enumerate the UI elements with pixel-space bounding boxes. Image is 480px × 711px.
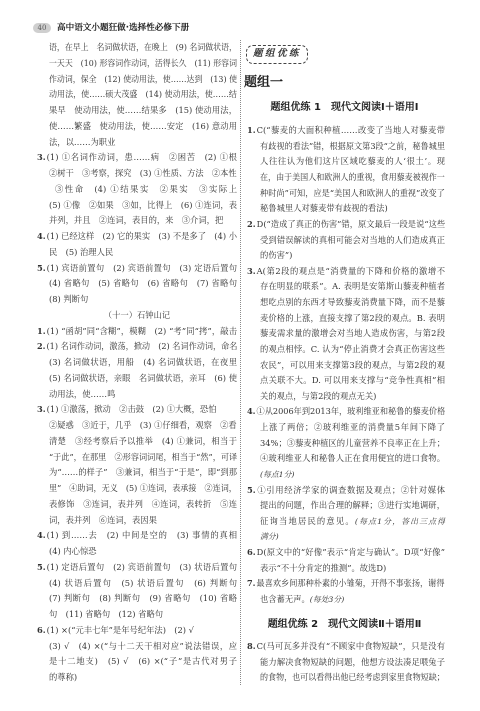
answer-item: 6.(1) ×(“元丰七年”是年号纪年法) (2) √ (3) √ (4) ×(… xyxy=(37,623,237,686)
answer-line: 动用法，使……硕大茂盛 (14) 使动用法，使……结 xyxy=(49,87,231,103)
answer-line: (4) 内心惊恐 xyxy=(49,544,237,560)
answer-item: 2.D(“造成了真正的伤害”错，原文最后一段是说“这些 受到错误解读的真相可能会… xyxy=(247,217,445,264)
answer-item: 4.(1) 已经这样 (2) 它的果实 (3) 不是多了 (4) 小 民 (5)… xyxy=(37,229,237,261)
answer-line: 有歧视的看法”错，根据原文第3段“之前，秘鲁城里 xyxy=(260,139,442,155)
right-column-exercise-1: 1.C(“藜麦的大面积种植……改变了当地人对藜麦带 有歧视的看法”错，根据原文第… xyxy=(247,123,445,607)
answer-line: 表示“不十分肯定的推测”。故选D) xyxy=(260,561,445,577)
answer-line: 6.(1) ×(“元丰七年”是年号纪年法) (2) √ xyxy=(37,623,237,639)
question-number: 8. xyxy=(247,641,257,651)
answer-text: (1) 到……去 (2) 中间是空的 (3) 事情的真相 xyxy=(47,530,237,540)
answer-line: 为“……的样子” ③兼词，相当于“于是”，即“到那 xyxy=(49,465,237,481)
answer-line: 农民”，可以用来支撑第3段的观点，与第2段的观 xyxy=(260,358,445,374)
answer-line: ②疑惑 ③近于，几乎 (3) ①仔细看，观察 ②看 xyxy=(49,418,236,434)
answer-item: 8.C(马可瓦多并没有“不顾家中食物短缺”，只是没有 能力解决食物短缺的问题，他… xyxy=(247,639,445,686)
answer-line: 2.D(“造成了真正的伤害”错，原文最后一段是说“这些 xyxy=(247,217,445,233)
answer-line: 秘鲁城里人对藜麦带有歧视的看法) xyxy=(260,201,445,217)
question-number: 5. xyxy=(37,562,47,572)
answer-text: C(马可瓦多并没有“不顾家中食物短缺”，只是没有 xyxy=(257,641,445,651)
answer-line: 7.最喜欢乡间那种朴素的小雏菊，开得不事张扬，谢得 xyxy=(247,576,442,592)
question-number: 4. xyxy=(247,406,257,416)
answer-item: 3.A(第2段的观点是“消费量的下降和价格的激增不 存在明显的联系”。A. 表明… xyxy=(247,264,445,405)
answer-text: A(第2段的观点是“消费量的下降和价格的激增不 xyxy=(257,266,445,276)
question-number: 2. xyxy=(247,219,257,229)
answer-line: 是十二地支) (5) √ (6) ×(“子”是古代对男子 xyxy=(49,654,237,670)
score-note: (每点1分) xyxy=(260,467,445,483)
answer-line: 点关联不大。D. 可以用来支撑与“竞争性真相”相 xyxy=(260,373,445,389)
answer-item: 3.(1) ①激荡，掀动 ②击鼓 (2) ①大概，恐怕 ②疑惑 ③近于，几乎 (… xyxy=(37,402,237,528)
answer-item: 1.C(“藜麦的大面积种植……改变了当地人对藜麦带 有歧视的看法”错，根据原文第… xyxy=(247,123,445,217)
answer-text: 最喜欢乡间那种朴素的小雏菊，开得不事张扬，谢得 xyxy=(257,578,445,588)
answer-line: 的尊称) xyxy=(49,670,237,686)
answer-line: 上涨了两倍；②玻利维亚的消费量5年间下降了 xyxy=(260,420,445,436)
answer-line: 作动词，保全 (12) 使动用法，使……达到 (13) 使 xyxy=(49,72,228,88)
question-number: 3. xyxy=(37,152,47,162)
answer-line: 提出的问题，作出合理的解释；③进行实地调研， xyxy=(260,498,445,514)
right-column-exercise-2: 8.C(马可瓦多并没有“不顾家中食物短缺”，只是没有 能力解决食物短缺的问题，他… xyxy=(247,639,445,686)
answer-item: 7.最喜欢乡间那种朴素的小雏菊，开得不事张扬，谢得 也含蓄无声。(每处3分) xyxy=(247,576,445,607)
answer-line: (3) 名词做状语，用船 (4) 名词做状语，在夜里 xyxy=(49,355,237,371)
answer-line: 5.(1) 定语后置句 (2) 宾语前置句 (3) 状语后置句 xyxy=(37,560,237,576)
page-number-badge: 40 xyxy=(33,23,51,33)
answer-line: 一天天 (10) 形容词作动词，活得长久 (11) 形容词 xyxy=(49,56,228,72)
answer-item: 3.(1) ①名词作动词，患……病 ②困苦 (2) ①根 ②树干 ③考察，探究 … xyxy=(37,150,237,229)
answer-line: (4) 状语后置句 (5) 状语后置句 (6) 判断句 xyxy=(49,576,237,592)
answer-item: 2.(1) 名词作动词，激荡，掀动 (2) 名词作动词，命名 (3) 名词做状语… xyxy=(37,339,237,402)
answer-line: (7) 判断句 (8) 判断句 (9) 省略句 (10) 省略 xyxy=(49,591,237,607)
question-number: 7. xyxy=(247,578,257,588)
answer-line: 5.(1) 宾语前置句 (2) 宾语前置句 (3) 定语后置句 xyxy=(37,261,237,277)
answer-text: D(“造成了真正的伤害”错，原文最后一段是说“这些 xyxy=(257,219,446,229)
left-column: 语，在早上 名词做状语，在晚上 (9) 名词做状语， 一天天 (10) 形容词作… xyxy=(37,40,237,686)
answer-line: 8.C(马可瓦多并没有“不顾家中食物短缺”，只是没有 xyxy=(247,639,445,655)
answer-line: 在，由于美国人和欧洲人的重视，食用藜麦被视作一 xyxy=(260,170,439,186)
question-number: 3. xyxy=(247,266,257,276)
answer-line: (5) ①像 ②如果 ③如，比得上 (6) ①连词，表 xyxy=(49,198,237,214)
answer-line: 能力解决食物短缺的问题，他想方设法凑足喂兔子 xyxy=(260,655,445,671)
question-number: 4. xyxy=(37,231,47,241)
answer-line: ④玻利维亚人和秘鲁人正在食用便宜的进口食物。 xyxy=(260,451,445,467)
answer-line: 并列，并且 ②连词，表目的，来 ③介词，把 xyxy=(49,213,237,229)
answer-line: 关的观点，与第2段的观点无关) xyxy=(260,389,445,405)
answer-line: 果早 使动用法，使……结果多 (15) 使动用法， xyxy=(49,103,237,119)
question-number: 1. xyxy=(247,125,257,135)
answer-line: 民 (5) 治理人民 xyxy=(49,245,237,261)
answer-line: 句 (11) 省略句 (12) 省略句 xyxy=(49,607,237,623)
answer-line: 的伤害”) xyxy=(260,248,445,264)
answer-line: 清楚 ③经考察后予以推举 (4) ①兼词，相当于 xyxy=(49,434,237,450)
answer-line: “于此”，在那里 ②形容词词尾，相当于“然”，可译 xyxy=(49,450,234,466)
answer-item: 5.①引用经济学家的调查数据及观点；②针对媒体 提出的问题，作出合理的解释；③进… xyxy=(247,483,445,546)
question-number: 6. xyxy=(247,547,257,557)
question-number: 5. xyxy=(37,263,47,273)
question-number: 2. xyxy=(37,341,46,351)
score-note: 满分) xyxy=(260,529,445,545)
answer-text: (1) “函胡”同“含糊”，模糊 (2) “考”同“拷”，敲击 xyxy=(47,326,237,336)
answer-line: 3.(1) ①激荡，掀动 ②击鼓 (2) ①大概，恐怕 xyxy=(37,402,237,418)
answer-text: ①引用经济学家的调查数据及观点；②针对媒体 xyxy=(257,485,445,495)
answer-line: (3) √ (4) ×(“与十二天干相对应”说法错误，应 xyxy=(49,639,237,655)
answer-line: 34%；③藜麦种植区的儿童营养不良率正在上升； xyxy=(260,436,445,452)
answer-line: 想吃点别的东西才导致藜麦消费量下降，而不是藜 xyxy=(260,295,445,311)
answer-line: 4.(1) 到……去 (2) 中间是空的 (3) 事情的真相 xyxy=(37,528,237,544)
book-title: 高中语文小题狂做·选择性必修下册 xyxy=(57,22,189,34)
question-number: 4. xyxy=(37,530,47,540)
answer-item: 5.(1) 宾语前置句 (2) 宾语前置句 (3) 定语后置句 (4) 省略句 … xyxy=(37,261,237,308)
answer-item: 4.(1) 到……去 (2) 中间是空的 (3) 事情的真相 (4) 内心惊恐 xyxy=(37,528,237,560)
answer-line: 5.①引用经济学家的调查数据及观点；②针对媒体 xyxy=(247,483,445,499)
exercise-title: 题组优练 2 现代文阅读Ⅱ＋语用Ⅱ xyxy=(244,618,445,632)
answer-line: (8) 判断句 xyxy=(49,292,237,308)
section-title: （十一）石钟山记 xyxy=(37,308,237,324)
answer-line: 3.A(第2段的观点是“消费量的下降和价格的激增不 xyxy=(247,264,445,280)
answer-item: 6.D(原文中的“好像”表示“肯定与确认”。D项“好像” 表示“不十分肯定的推测… xyxy=(247,545,445,576)
answer-text: (1) ×(“元丰七年”是年号纪年法) (2) √ xyxy=(47,625,194,635)
answer-item: 1.(1) “函胡”同“含糊”，模糊 (2) “考”同“拷”，敲击 xyxy=(37,324,237,340)
question-number: 6. xyxy=(37,625,47,635)
answer-text: ①从2006年到2013年，玻利维亚和秘鲁的藜麦价格 xyxy=(257,406,446,416)
exercise-title: 题组优练 1 现代文阅读Ⅰ＋语用Ⅰ xyxy=(244,101,445,115)
answer-line: 表修饰 ③连词，表并列 ④连词，表转折 ⑤连 xyxy=(49,497,237,513)
answer-line: 1.C(“藜麦的大面积种植……改变了当地人对藜麦带 xyxy=(247,123,445,139)
column-divider xyxy=(240,40,241,685)
answer-line: 3.(1) ①名词作动词，患……病 ②困苦 (2) ①根 xyxy=(37,150,237,166)
answer-line: 2.(1) 名词作动词，激荡，掀动 (2) 名词作动词，命名 xyxy=(37,339,233,355)
answer-line: 征询当地居民的意见。(每点1分，答出三点得 xyxy=(260,514,445,530)
answer-line: 的观点相悖。C. 认为“停止消费才会真正伤害这些 xyxy=(260,342,445,358)
answer-line: 种时尚”可知，应是“美国人和欧洲人的重视”改变了 xyxy=(260,186,443,202)
carryover-answer: 语，在早上 名词做状语，在晚上 (9) 名词做状语， 一天天 (10) 形容词作… xyxy=(37,40,237,150)
answer-item: 4.①从2006年到2013年，玻利维亚和秘鲁的藜麦价格 上涨了两倍；②玻利维亚… xyxy=(247,404,445,482)
answer-line: (4) 省略句 (5) 省略句 (6) 省略句 (7) 省略句 xyxy=(49,276,237,292)
answer-line: 里” ④助词，无义 (5) ①连词，表承接 ②连词， xyxy=(49,481,232,497)
answer-text: 征询当地居民的意见。 xyxy=(260,516,355,526)
group-title: 题组一 xyxy=(244,75,283,91)
answer-text: 也含蓄无声。 xyxy=(260,594,310,604)
answer-line: 4.(1) 已经这样 (2) 它的果实 (3) 不是多了 (4) 小 xyxy=(37,229,237,245)
score-note: (每点1分，答出三点得 xyxy=(355,517,445,526)
answer-line: 也含蓄无声。(每处3分) xyxy=(260,592,445,608)
answer-line: 使……繁盛 使动用法，使……安定 (16) 意动用 xyxy=(49,119,237,135)
answer-line: 存在明显的联系”。A. 表明是安第斯山藜麦种植者 xyxy=(260,279,445,295)
answer-line: ③性命 (4) ①结果实 ②果实 ③实际上 xyxy=(55,182,237,198)
answer-line: 的食物，也可以看得出他已经考虑到家里食物短缺； xyxy=(260,670,439,686)
answer-line: 藜麦需求量的激增会对当地人造成伤害，与第2段 xyxy=(260,326,445,342)
answer-text: D(原文中的“好像”表示“肯定与确认”。D项“好像” xyxy=(257,547,445,557)
question-number: 1. xyxy=(37,326,47,336)
answer-line: 法，以……为职业 xyxy=(49,135,237,151)
answer-line: 1.(1) “函胡”同“含糊”，模糊 (2) “考”同“拷”，敲击 xyxy=(37,324,237,340)
answer-text: (1) 定语后置句 (2) 宾语前置句 (3) 状语后置句 xyxy=(47,562,237,572)
answer-line: 麦价格的上涨，直接支撑了第2段的观点。B. 表明 xyxy=(260,311,445,327)
answer-line: 动用法，使……鸣 xyxy=(49,387,237,403)
answer-line: 6.D(原文中的“好像”表示“肯定与确认”。D项“好像” xyxy=(247,545,445,561)
answer-item: 5.(1) 定语后置句 (2) 宾语前置句 (3) 状语后置句 (4) 状语后置… xyxy=(37,560,237,623)
score-note: (每处3分) xyxy=(310,595,344,604)
section-badge: 题组优练 xyxy=(246,45,308,64)
answer-line: (5) 名词做状语，亲眼 名词做状语，亲耳 (6) 使 xyxy=(49,371,237,387)
answer-line: 词，表并列 ⑥连词，表因果 xyxy=(49,513,237,529)
answer-line: ②树干 ③考察，探究 (3) ①性质、方法 ②本性 xyxy=(49,166,236,182)
question-number: 5. xyxy=(247,485,257,495)
question-number: 3. xyxy=(37,404,47,414)
answer-text: (1) ①名词作动词，患……病 ②困苦 (2) ①根 xyxy=(47,152,237,162)
answer-text: (1) 名词作动词，激荡，掀动 (2) 名词作动词，命名 xyxy=(46,341,237,351)
answer-text: (1) 宾语前置句 (2) 宾语前置句 (3) 定语后置句 xyxy=(47,263,237,273)
answer-text: (1) ①激荡，掀动 ②击鼓 (2) ①大概，恐怕 xyxy=(47,404,217,414)
answer-text: (1) 已经这样 (2) 它的果实 (3) 不是多了 (4) 小 xyxy=(47,231,237,241)
answer-line: 受到错误解读的真相可能会对当地的人们造成真正 xyxy=(260,233,445,249)
answer-line: 语，在早上 名词做状语，在晚上 (9) 名词做状语， xyxy=(49,40,228,56)
answer-line: 4.①从2006年到2013年，玻利维亚和秘鲁的藜麦价格 xyxy=(247,404,442,420)
answer-line: 人往往认为他们这片区域吃藜麦的人‘很土’。现 xyxy=(260,154,445,170)
answer-text: C(“藜麦的大面积种植……改变了当地人对藜麦带 xyxy=(257,125,445,135)
